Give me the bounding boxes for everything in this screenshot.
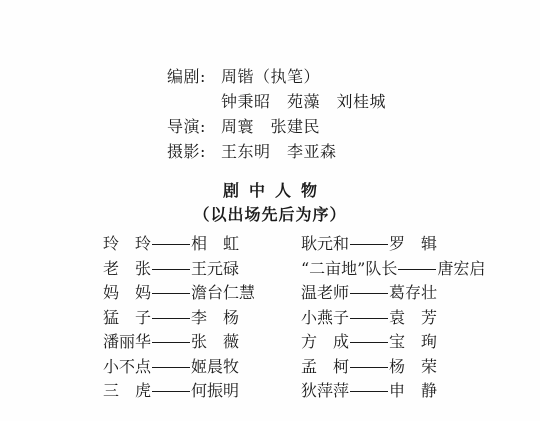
cast-list-right: 耿元和罗 辑 “二亩地”队长唐宏启 温老师葛存壮 小燕子袁 芳 方 成宝 珣 孟… bbox=[301, 232, 485, 404]
cast-subtitle: （以出场先后为序） bbox=[0, 202, 540, 225]
cast-list-left: 玲 玲相 虹 老 张王元碌 妈 妈澹台仁慧 猛 子李 杨 潘丽华张 薇 小不点姬… bbox=[103, 232, 255, 404]
credit-label: 摄影: bbox=[167, 139, 221, 164]
credit-director: 导演:周寰 张建民 bbox=[167, 114, 386, 139]
actor-name: 澹台仁慧 bbox=[191, 281, 255, 306]
dash-divider bbox=[152, 293, 190, 294]
cast-row: 耿元和罗 辑 bbox=[301, 232, 485, 257]
cast-row: 温老师葛存壮 bbox=[301, 281, 485, 306]
actor-name: 何振明 bbox=[191, 379, 239, 404]
role-name: 小不点 bbox=[103, 355, 151, 380]
role-name: 温老师 bbox=[301, 281, 349, 306]
cast-row: 潘丽华张 薇 bbox=[103, 330, 255, 355]
role-name: 老 张 bbox=[103, 257, 151, 282]
actor-name: 相 虹 bbox=[191, 232, 239, 257]
credit-value: 周寰 张建民 bbox=[221, 114, 320, 139]
actor-name: 姬晨牧 bbox=[191, 355, 239, 380]
actor-name: 袁 芳 bbox=[389, 306, 437, 331]
role-name: 猛 子 bbox=[103, 306, 151, 331]
actor-name: 杨 荣 bbox=[389, 355, 437, 380]
dash-divider bbox=[350, 293, 388, 294]
credit-value: 钟秉昭 苑藻 刘桂城 bbox=[221, 89, 386, 114]
actor-name: 王元碌 bbox=[191, 257, 239, 282]
dash-divider bbox=[350, 318, 388, 319]
role-name: 孟 柯 bbox=[301, 355, 349, 380]
cast-row: 小燕子袁 芳 bbox=[301, 306, 485, 331]
role-name: 方 成 bbox=[301, 330, 349, 355]
role-name: “二亩地”队长 bbox=[301, 257, 397, 282]
credit-screenwriter-cont: 钟秉昭 苑藻 刘桂城 bbox=[167, 89, 386, 114]
dash-divider bbox=[398, 269, 436, 270]
cast-row: 方 成宝 珣 bbox=[301, 330, 485, 355]
cast-title: 剧中人物 bbox=[0, 178, 540, 201]
cast-row: 狄萍萍申 静 bbox=[301, 379, 485, 404]
role-name: 三 虎 bbox=[103, 379, 151, 404]
dash-divider bbox=[152, 318, 190, 319]
actor-name: 李 杨 bbox=[191, 306, 239, 331]
dash-divider bbox=[152, 269, 190, 270]
cast-row: 猛 子李 杨 bbox=[103, 306, 255, 331]
dash-divider bbox=[350, 367, 388, 368]
actor-name: 唐宏启 bbox=[437, 257, 485, 282]
actor-name: 张 薇 bbox=[191, 330, 239, 355]
cast-row: 玲 玲相 虹 bbox=[103, 232, 255, 257]
credit-label: 导演: bbox=[167, 114, 221, 139]
credit-screenwriter: 编剧:周锴（执笔） bbox=[167, 64, 386, 89]
dash-divider bbox=[152, 244, 190, 245]
cast-row: 妈 妈澹台仁慧 bbox=[103, 281, 255, 306]
credit-value: 王东明 李亚森 bbox=[221, 139, 337, 164]
document-page: 编剧:周锴（执笔） 钟秉昭 苑藻 刘桂城 导演:周寰 张建民 摄影:王东明 李亚… bbox=[0, 0, 540, 421]
dash-divider bbox=[350, 342, 388, 343]
dash-divider bbox=[350, 391, 388, 392]
role-name: 狄萍萍 bbox=[301, 379, 349, 404]
production-credits: 编剧:周锴（执笔） 钟秉昭 苑藻 刘桂城 导演:周寰 张建民 摄影:王东明 李亚… bbox=[167, 64, 386, 164]
cast-row: 孟 柯杨 荣 bbox=[301, 355, 485, 380]
actor-name: 葛存壮 bbox=[389, 281, 437, 306]
role-name: 妈 妈 bbox=[103, 281, 151, 306]
credit-cinematographer: 摄影:王东明 李亚森 bbox=[167, 139, 386, 164]
role-name: 玲 玲 bbox=[103, 232, 151, 257]
role-name: 耿元和 bbox=[301, 232, 349, 257]
cast-row: 小不点姬晨牧 bbox=[103, 355, 255, 380]
actor-name: 罗 辑 bbox=[389, 232, 437, 257]
role-name: 小燕子 bbox=[301, 306, 349, 331]
dash-divider bbox=[152, 367, 190, 368]
dash-divider bbox=[152, 391, 190, 392]
cast-row: 三 虎何振明 bbox=[103, 379, 255, 404]
credit-label: 编剧: bbox=[167, 64, 221, 89]
credit-value: 周锴（执笔） bbox=[221, 64, 320, 89]
dash-divider bbox=[350, 244, 388, 245]
cast-row: 老 张王元碌 bbox=[103, 257, 255, 282]
cast-row: “二亩地”队长唐宏启 bbox=[301, 257, 485, 282]
dash-divider bbox=[152, 342, 190, 343]
actor-name: 宝 珣 bbox=[389, 330, 437, 355]
actor-name: 申 静 bbox=[389, 379, 437, 404]
role-name: 潘丽华 bbox=[103, 330, 151, 355]
